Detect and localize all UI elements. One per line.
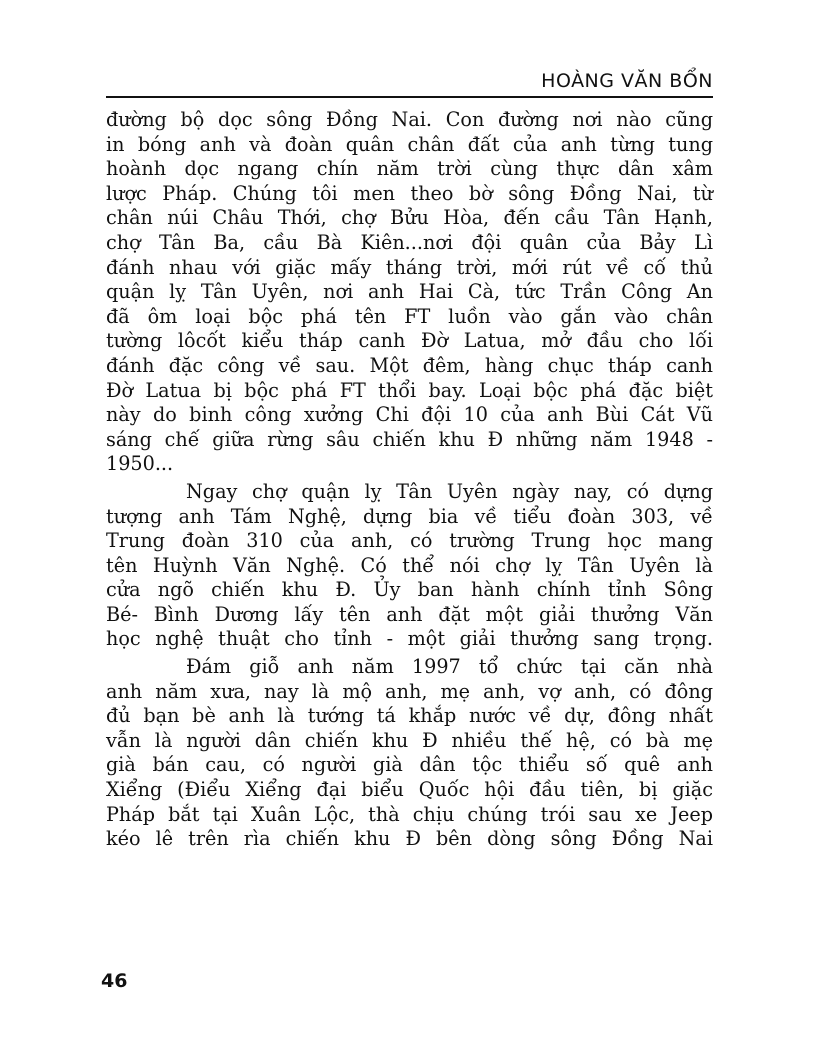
text-line: này do binh công xưởng Chi đội 10 của an…	[106, 403, 713, 428]
text-line: tên Huỳnh Văn Nghệ. Có thể nói chợ lỵ Tâ…	[106, 554, 713, 579]
text-line: Bé- Bình Dương lấy tên anh đặt một giải …	[106, 603, 713, 628]
header-rule-divider	[106, 96, 713, 98]
text-line: tượng anh Tám Nghệ, dựng bia về tiểu đoà…	[106, 505, 713, 530]
text-line: tường lôcốt kiểu tháp canh Đờ Latua, mở …	[106, 329, 713, 354]
paragraph-2: Ngay chợ quận lỵ Tân Uyên ngày nay, có d…	[106, 480, 713, 652]
text-line: lược Pháp. Chúng tôi men theo bờ sông Đồ…	[106, 182, 713, 207]
body-text: đường bộ dọc sông Đồng Nai. Con đường nơ…	[106, 108, 713, 852]
text-line: già bán cau, có người già dân tộc thiểu …	[106, 753, 713, 778]
text-line: đánh nhau với giặc mấy tháng trời, mới r…	[106, 256, 713, 281]
text-line: quận lỵ Tân Uyên, nơi anh Hai Cà, tức Tr…	[106, 280, 713, 305]
text-line: vẫn là người dân chiến khu Đ nhiều thế h…	[106, 729, 713, 754]
text-line: anh năm xưa, nay là mộ anh, mẹ anh, vợ a…	[106, 680, 713, 705]
text-line: cửa ngõ chiến khu Đ. Ủy ban hành chính t…	[106, 578, 713, 603]
text-line: Pháp bắt tại Xuân Lộc, thà chịu chúng tr…	[106, 803, 713, 828]
text-line: Ngay chợ quận lỵ Tân Uyên ngày nay, có d…	[106, 480, 713, 505]
text-line: 1950...	[106, 452, 713, 477]
text-line: đủ bạn bè anh là tướng tá khắp nước về d…	[106, 704, 713, 729]
text-line: đánh đặc công về sau. Một đêm, hàng chục…	[106, 354, 713, 379]
text-line: chân núi Châu Thới, chợ Bửu Hòa, đến cầu…	[106, 206, 713, 231]
text-line: sáng chế giữa rừng sâu chiến khu Đ những…	[106, 428, 713, 453]
text-line: Đờ Latua bị bộc phá FT thổi bay. Loại bộ…	[106, 379, 713, 404]
text-line: học nghệ thuật cho tỉnh - một giải thưởn…	[106, 627, 713, 652]
text-line: Xiểng (Điểu Xiểng đại biểu Quốc hội đầu …	[106, 778, 713, 803]
text-line: Đám giỗ anh năm 1997 tổ chức tại căn nhà	[106, 655, 713, 680]
text-line: Trung đoàn 310 của anh, có trường Trung …	[106, 529, 713, 554]
text-line: hoành dọc ngang chín năm trời cùng thực …	[106, 157, 713, 182]
paragraph-1: đường bộ dọc sông Đồng Nai. Con đường nơ…	[106, 108, 713, 477]
text-line: đường bộ dọc sông Đồng Nai. Con đường nơ…	[106, 108, 713, 133]
text-line: kéo lê trên rìa chiến khu Đ bên dòng sôn…	[106, 827, 713, 852]
text-line: chợ Tân Ba, cầu Bà Kiên...nơi đội quân c…	[106, 231, 713, 256]
text-line: đã ôm loại bộc phá tên FT luồn vào gắn v…	[106, 305, 713, 330]
text-line: in bóng anh và đoàn quân chân đất của an…	[106, 133, 713, 158]
page-number: 46	[101, 970, 127, 992]
running-header-author: HOÀNG VĂN BỔN	[106, 70, 713, 92]
book-page: HOÀNG VĂN BỔN đường bộ dọc sông Đồng Nai…	[0, 0, 816, 1056]
paragraph-3: Đám giỗ anh năm 1997 tổ chức tại căn nhà…	[106, 655, 713, 852]
